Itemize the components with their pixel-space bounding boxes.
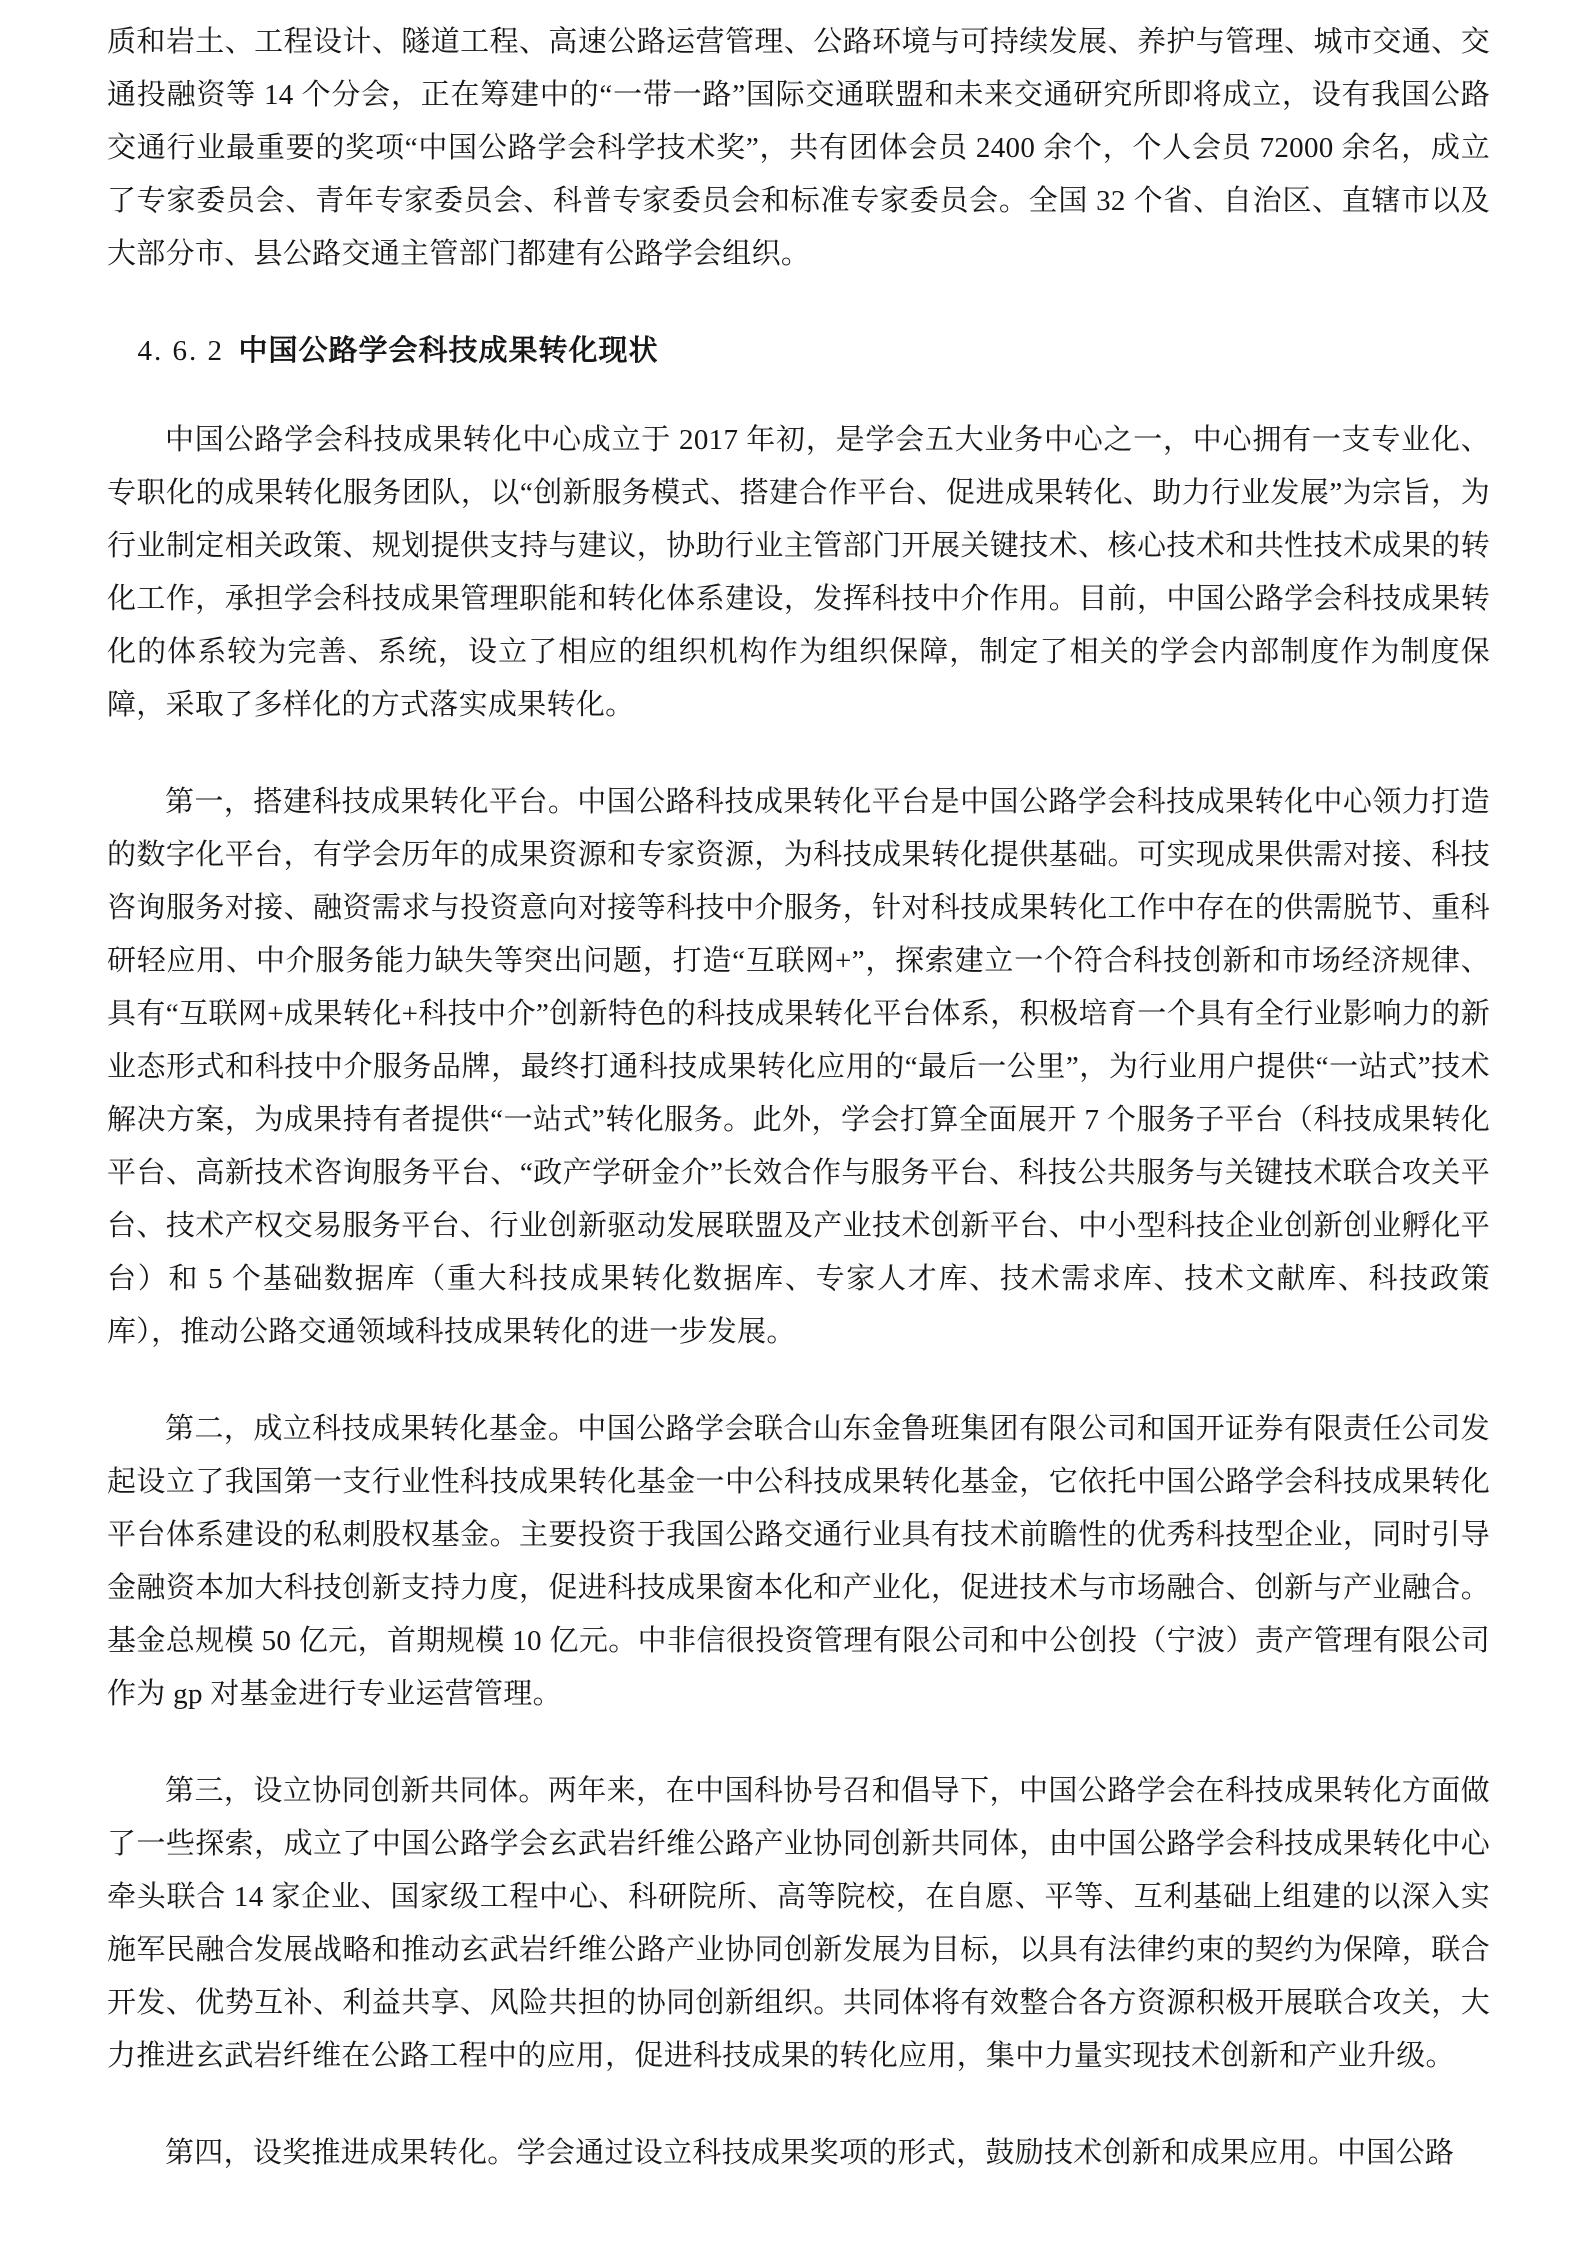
heading-number: 4. 6. 2 — [137, 335, 224, 367]
section-heading: 4. 6. 2 中国公路学会科技成果转化现状 — [107, 325, 1490, 378]
body-paragraph-third-community: 第三，设立协同创新共同体。两年来，在中国科协号召和倡导下，中国公路学会在科技成果… — [107, 1765, 1490, 2083]
body-paragraph-overview: 中国公路学会科技成果转化中心成立于 2017 年初，是学会五大业务中心之一，中心… — [107, 414, 1490, 732]
intro-paragraph: 质和岩土、工程设计、隧道工程、高速公路运营管理、公路环境与可持续发展、养护与管理… — [107, 16, 1490, 281]
body-paragraph-second-fund: 第二，成立科技成果转化基金。中国公路学会联合山东金鲁班集团有限公司和国开证券有限… — [107, 1403, 1490, 1721]
document-page: 质和岩土、工程设计、隧道工程、高速公路运营管理、公路环境与可持续发展、养护与管理… — [0, 0, 1587, 2264]
body-paragraph-fourth-awards: 第四，设奖推进成果转化。学会通过设立科技成果奖项的形式，鼓励技术创新和成果应用。… — [107, 2127, 1490, 2180]
body-paragraph-first-platform: 第一，搭建科技成果转化平台。中国公路科技成果转化平台是中国公路学会科技成果转化中… — [107, 776, 1490, 1359]
heading-title: 中国公路学会科技成果转化现状 — [238, 335, 658, 367]
